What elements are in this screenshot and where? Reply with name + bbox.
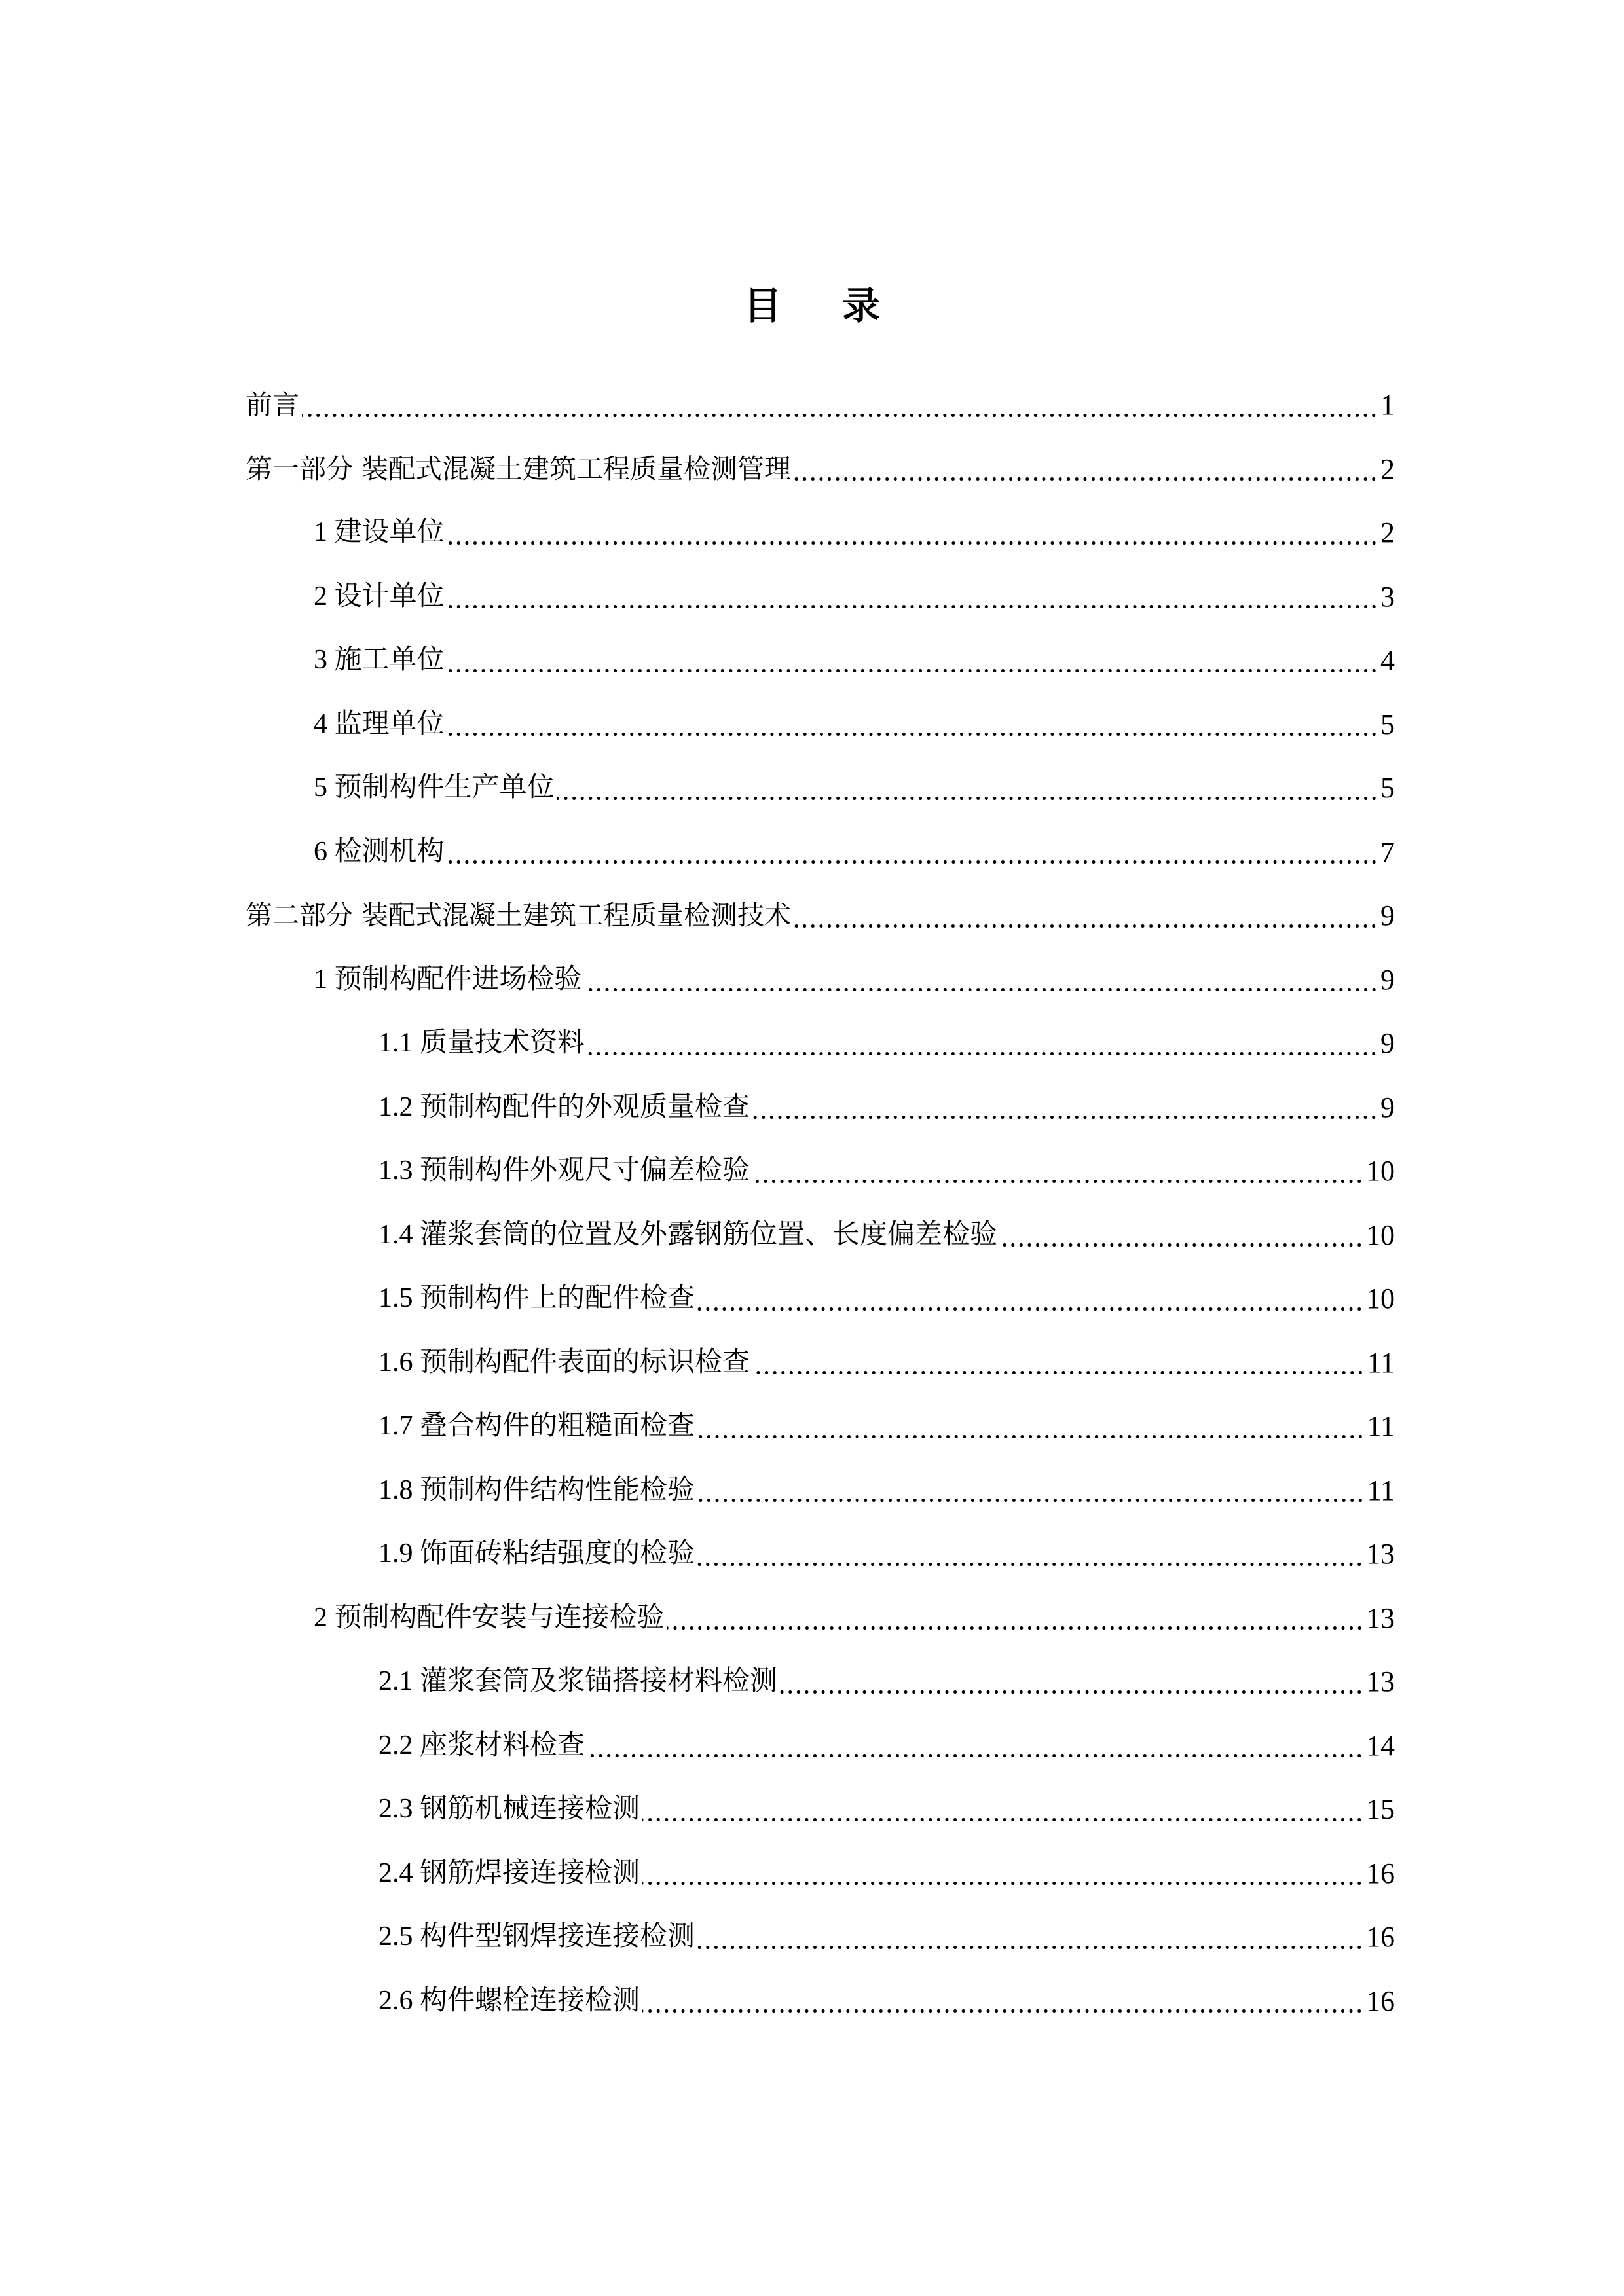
title-char-2: 录 xyxy=(842,283,880,328)
toc-entry-page: 16 xyxy=(1366,1842,1395,1906)
title-char-1: 目 xyxy=(744,283,782,328)
dot-leader xyxy=(780,1650,1363,1714)
toc-entry-2-1-4[interactable]: 1.4 灌浆套筒的位置及外露钢筋位置、长度偏差检验10 xyxy=(246,1203,1395,1267)
toc-entry-page: 2 xyxy=(1380,437,1395,501)
toc-entry-page: 13 xyxy=(1366,1650,1395,1714)
toc-entry-2-1-9[interactable]: 1.9 饰面砖粘结强度的检验13 xyxy=(246,1522,1395,1586)
toc-entry-2-2-3[interactable]: 2.3 钢筋机械连接检测15 xyxy=(246,1777,1395,1842)
toc-entry-2-1-5[interactable]: 1.5 预制构件上的配件检查10 xyxy=(246,1267,1395,1331)
toc-entry-label: 2 预制构配件安装与连接检验 xyxy=(314,1586,665,1650)
toc-entry-part-2[interactable]: 第二部分 装配式混凝土建筑工程质量检测技术9 xyxy=(246,884,1395,948)
toc-entry-page: 16 xyxy=(1366,1969,1395,2033)
toc-entry-page: 16 xyxy=(1366,1905,1395,1969)
toc-entry-page: 14 xyxy=(1366,1714,1395,1778)
toc-entry-page: 4 xyxy=(1380,629,1395,693)
toc-entry-2-2-6[interactable]: 2.6 构件螺栓连接检测16 xyxy=(246,1969,1395,2033)
toc-entry-page: 9 xyxy=(1380,884,1395,948)
toc-entry-label: 1.8 预制构件结构性能检验 xyxy=(378,1459,695,1523)
toc-entry-label: 6 检测机构 xyxy=(314,820,445,884)
toc-entry-2-1[interactable]: 1 预制构配件进场检验9 xyxy=(246,948,1395,1012)
toc-entry-2-1-3[interactable]: 1.3 预制构件外观尺寸偏差检验10 xyxy=(246,1139,1395,1203)
dot-leader xyxy=(697,1905,1363,1969)
toc-entry-label: 1.3 预制构件外观尺寸偏差检验 xyxy=(378,1139,750,1203)
dot-leader xyxy=(302,373,1378,437)
toc-entry-2-1-1[interactable]: 1.1 质量技术资料9 xyxy=(246,1011,1395,1076)
toc-entry-2-1-8[interactable]: 1.8 预制构件结构性能检验11 xyxy=(246,1459,1395,1523)
toc-entry-label: 5 预制构件生产单位 xyxy=(314,756,555,820)
toc-entry-page: 2 xyxy=(1380,501,1395,565)
toc-entry-2-2[interactable]: 2 预制构配件安装与连接检验13 xyxy=(246,1586,1395,1650)
toc-entry-2-2-5[interactable]: 2.5 构件型钢焊接连接检测16 xyxy=(246,1905,1395,1969)
toc-entry-page: 10 xyxy=(1366,1139,1395,1203)
dot-leader xyxy=(752,1331,1365,1395)
toc-entry-2-1-2[interactable]: 1.2 预制构配件的外观质量检查9 xyxy=(246,1076,1395,1140)
toc-entry-label: 2.5 构件型钢焊接连接检测 xyxy=(378,1905,695,1969)
toc-entry-label: 3 施工单位 xyxy=(314,629,445,693)
dot-leader xyxy=(697,1522,1363,1586)
toc-entry-label: 第一部分 装配式混凝土建筑工程质量检测管理 xyxy=(246,437,791,501)
dot-leader xyxy=(697,1459,1365,1523)
toc-entry-label: 2.6 构件螺栓连接检测 xyxy=(378,1969,640,2033)
toc-entry-page: 9 xyxy=(1380,1076,1395,1140)
dot-leader xyxy=(447,501,1378,565)
dot-leader xyxy=(587,1714,1363,1778)
toc-entry-label: 1.4 灌浆套筒的位置及外露钢筋位置、长度偏差检验 xyxy=(378,1203,997,1267)
toc-entry-1-3[interactable]: 3 施工单位4 xyxy=(246,629,1395,693)
dot-leader xyxy=(585,948,1378,1012)
toc-entry-page: 11 xyxy=(1367,1459,1395,1523)
toc-entry-label: 前言 xyxy=(246,373,299,437)
toc-entry-label: 1.6 预制构配件表面的标识检查 xyxy=(378,1331,750,1395)
toc-entry-label: 1.5 预制构件上的配件检查 xyxy=(378,1267,695,1331)
toc-entry-label: 1.9 饰面砖粘结强度的检验 xyxy=(378,1522,695,1586)
toc-entry-page: 10 xyxy=(1366,1267,1395,1331)
dot-leader xyxy=(752,1076,1378,1140)
dot-leader xyxy=(752,1139,1363,1203)
toc-entry-label: 1 建设单位 xyxy=(314,501,445,565)
toc-entry-1-4[interactable]: 4 监理单位5 xyxy=(246,693,1395,757)
dot-leader xyxy=(447,693,1378,757)
dot-leader xyxy=(642,1777,1363,1842)
dot-leader xyxy=(642,1842,1363,1906)
toc-entry-label: 1.1 质量技术资料 xyxy=(378,1011,585,1076)
dot-leader xyxy=(697,1267,1363,1331)
page-title: 目录 xyxy=(0,273,1624,338)
toc-entry-2-1-6[interactable]: 1.6 预制构配件表面的标识检查11 xyxy=(246,1331,1395,1395)
toc-entry-2-2-2[interactable]: 2.2 座浆材料检查14 xyxy=(246,1714,1395,1778)
toc-entry-label: 1.2 预制构配件的外观质量检查 xyxy=(378,1076,750,1140)
dot-leader xyxy=(697,1394,1365,1459)
toc-entry-label: 2.1 灌浆套筒及浆锚搭接材料检测 xyxy=(378,1650,777,1714)
toc-entry-1-2[interactable]: 2 设计单位3 xyxy=(246,565,1395,629)
toc-entry-1-6[interactable]: 6 检测机构7 xyxy=(246,820,1395,884)
dot-leader xyxy=(642,1969,1363,2033)
toc-entry-page: 9 xyxy=(1380,948,1395,1012)
toc-entry-page: 11 xyxy=(1367,1331,1395,1395)
dot-leader xyxy=(447,820,1378,884)
toc-entry-2-1-7[interactable]: 1.7 叠合构件的粗糙面检查11 xyxy=(246,1394,1395,1459)
dot-leader xyxy=(557,756,1378,820)
table-of-contents: 前言1 第一部分 装配式混凝土建筑工程质量检测管理2 1 建设单位2 2 设计单… xyxy=(246,373,1395,2033)
toc-entry-page: 7 xyxy=(1380,820,1395,884)
toc-entry-label: 2.2 座浆材料检查 xyxy=(378,1714,585,1778)
toc-entry-page: 10 xyxy=(1366,1203,1395,1267)
dot-leader xyxy=(1000,1203,1363,1267)
toc-entry-label: 2.4 钢筋焊接连接检测 xyxy=(378,1842,640,1906)
toc-entry-part-1[interactable]: 第一部分 装配式混凝土建筑工程质量检测管理2 xyxy=(246,437,1395,501)
toc-entry-1-1[interactable]: 1 建设单位2 xyxy=(246,501,1395,565)
dot-leader xyxy=(447,629,1378,693)
dot-leader xyxy=(794,884,1378,948)
toc-entry-label: 第二部分 装配式混凝土建筑工程质量检测技术 xyxy=(246,884,791,948)
dot-leader xyxy=(794,437,1378,501)
toc-entry-page: 11 xyxy=(1367,1394,1395,1459)
toc-entry-page: 13 xyxy=(1366,1586,1395,1650)
dot-leader xyxy=(667,1586,1363,1650)
toc-entry-page: 13 xyxy=(1366,1522,1395,1586)
toc-entry-label: 4 监理单位 xyxy=(314,693,445,757)
dot-leader xyxy=(587,1011,1378,1076)
toc-entry-page: 1 xyxy=(1380,373,1395,437)
toc-entry-page: 5 xyxy=(1380,756,1395,820)
dot-leader xyxy=(447,565,1378,629)
toc-entry-1-5[interactable]: 5 预制构件生产单位5 xyxy=(246,756,1395,820)
toc-entry-label: 2.3 钢筋机械连接检测 xyxy=(378,1777,640,1842)
toc-entry-page: 15 xyxy=(1366,1777,1395,1842)
toc-entry-page: 5 xyxy=(1380,693,1395,757)
toc-entry-label: 2 设计单位 xyxy=(314,565,445,629)
toc-entry-page: 3 xyxy=(1380,565,1395,629)
toc-entry-page: 9 xyxy=(1380,1011,1395,1076)
toc-entry-label: 1 预制构配件进场检验 xyxy=(314,948,582,1012)
toc-entry-preface[interactable]: 前言1 xyxy=(246,373,1395,437)
toc-entry-2-2-1[interactable]: 2.1 灌浆套筒及浆锚搭接材料检测13 xyxy=(246,1650,1395,1714)
toc-entry-label: 1.7 叠合构件的粗糙面检查 xyxy=(378,1394,695,1459)
toc-entry-2-2-4[interactable]: 2.4 钢筋焊接连接检测16 xyxy=(246,1842,1395,1906)
